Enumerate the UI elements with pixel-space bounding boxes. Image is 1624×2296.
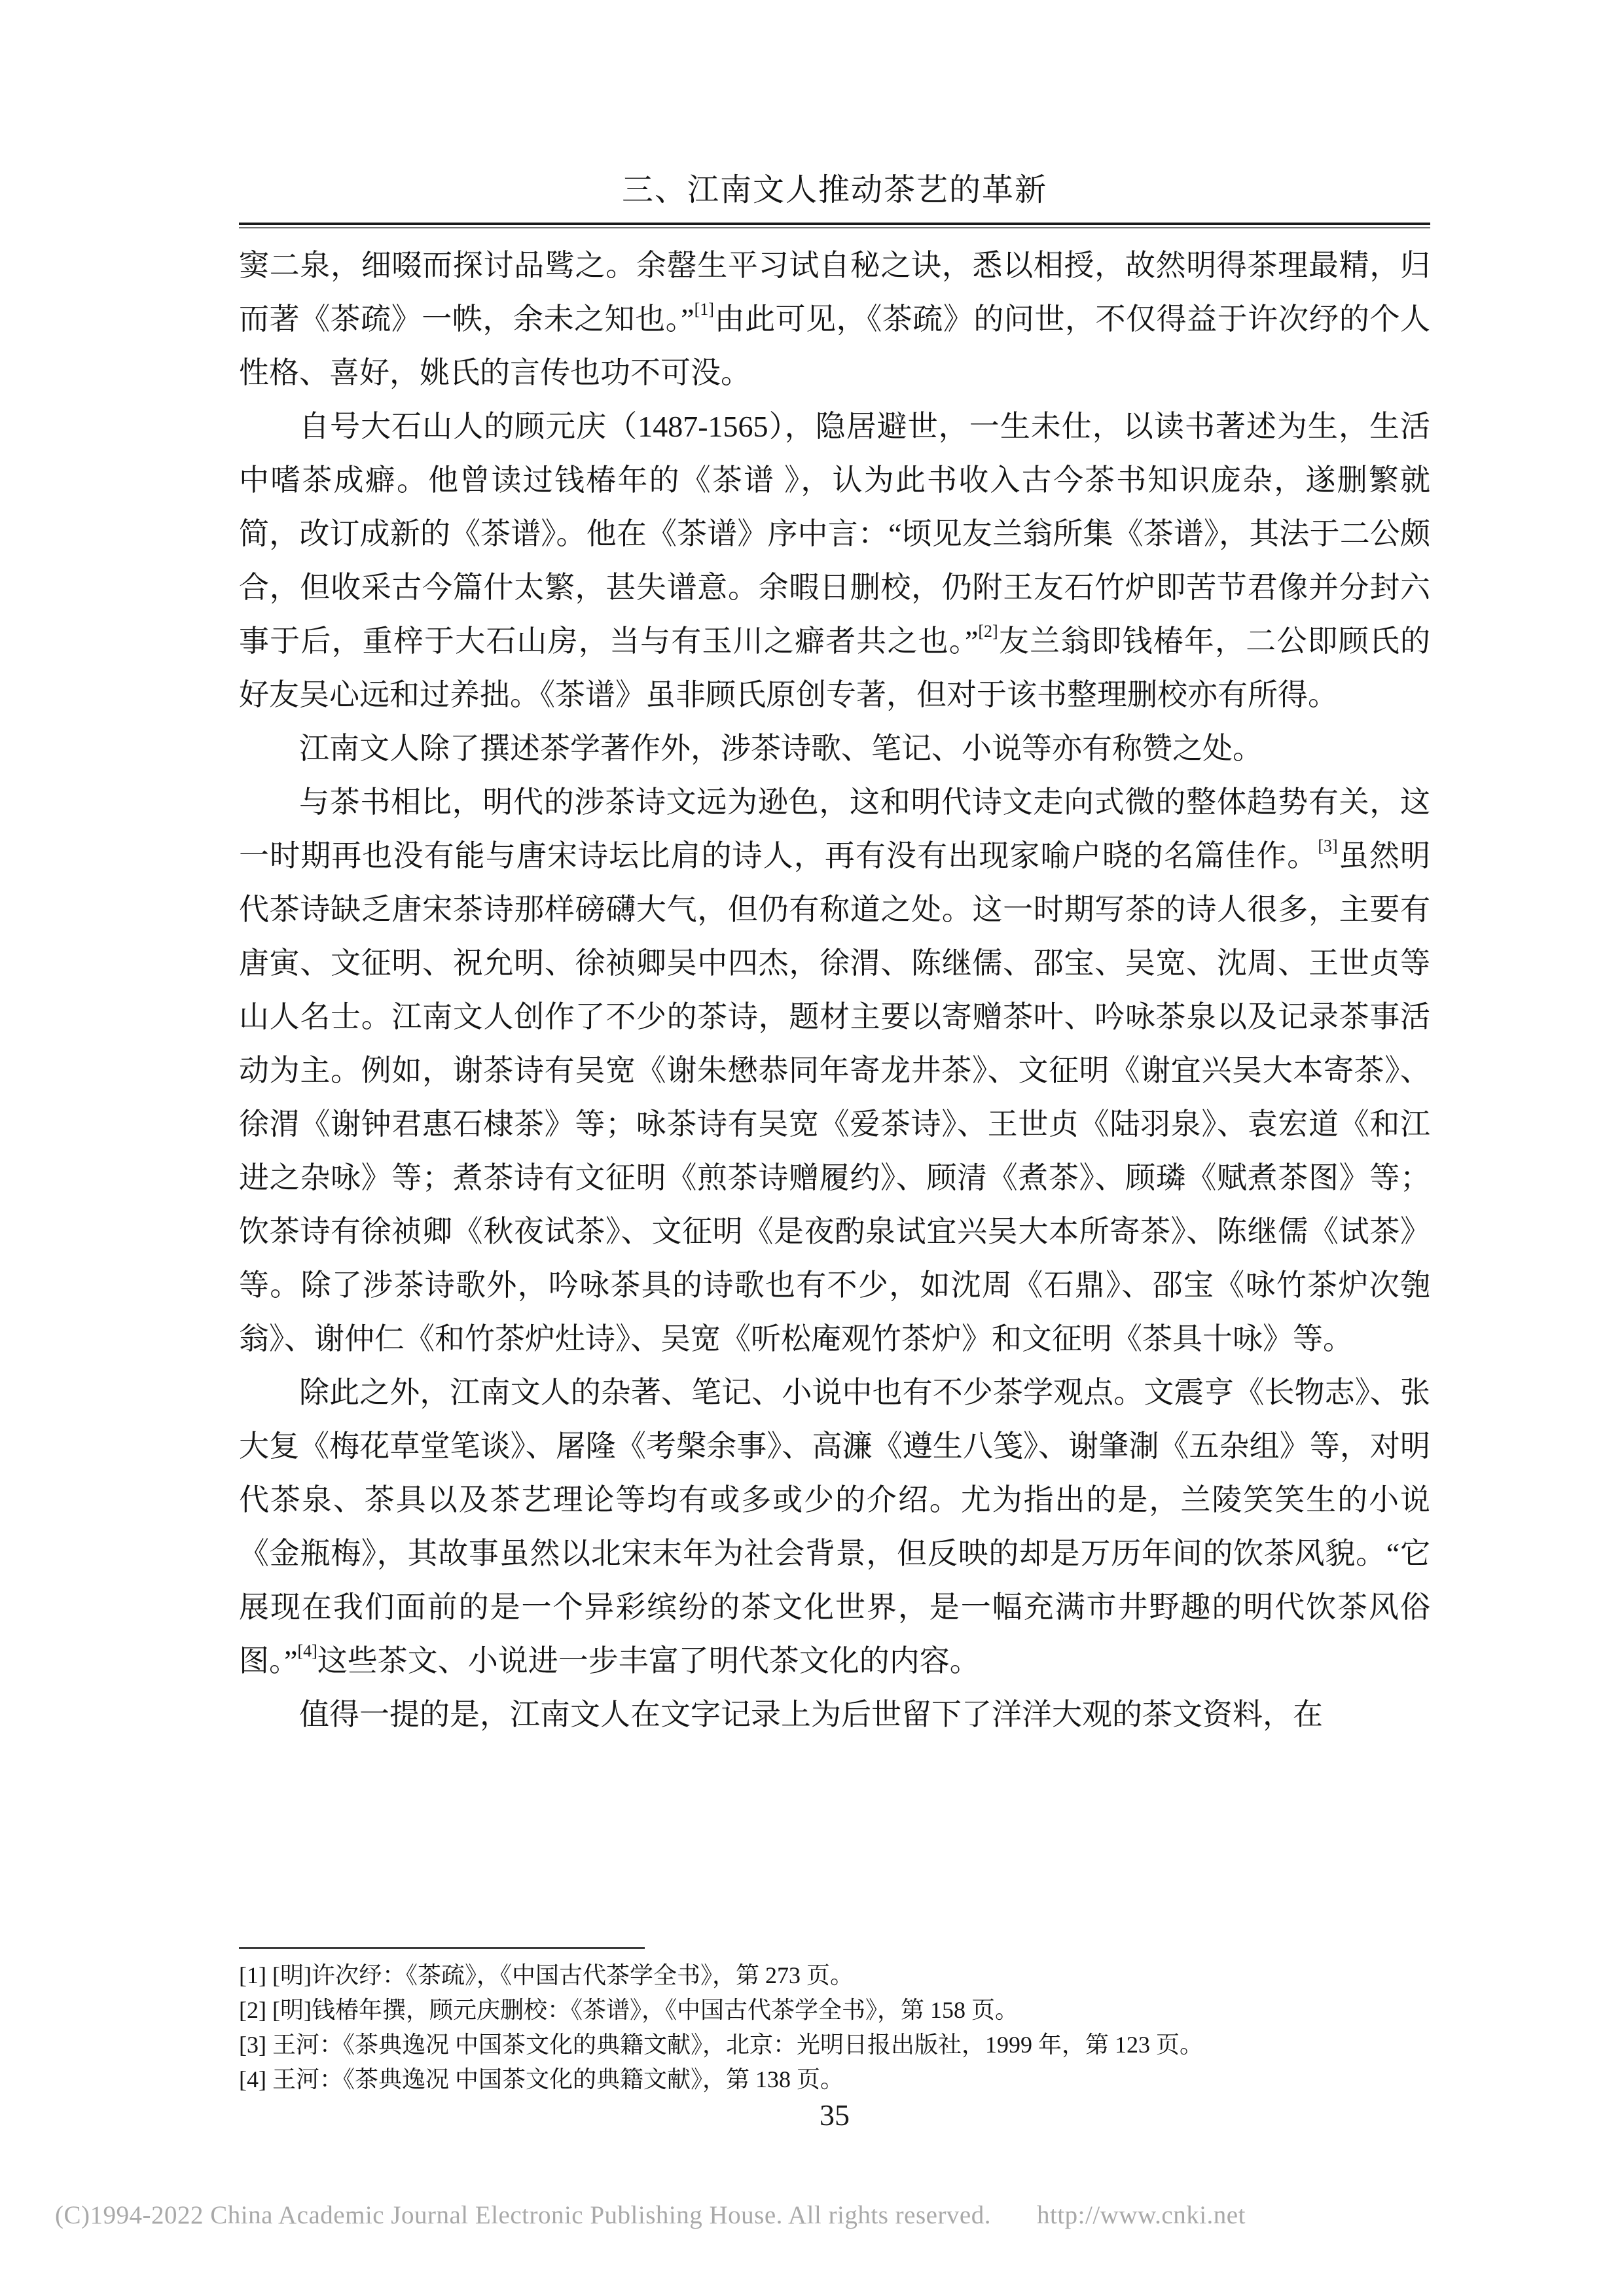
footnote-ref: [4] — [297, 1641, 317, 1660]
body-paragraph: 自号大石山人的顾元庆（1487-1565），隐居避世，一生未仕，以读书著述为生，… — [239, 400, 1430, 722]
body-paragraph: 与茶书相比，明代的涉茶诗文远为逊色，这和明代诗文走向式微的整体趋势有关，这一时期… — [239, 776, 1430, 1366]
body-text: 窦二泉，细啜而探讨品骘之。余罄生平习试自秘之诀，悉以相授，故然明得茶理最精，归而… — [239, 239, 1430, 1742]
paragraph-text: 与茶书相比，明代的涉茶诗文远为逊色，这和明代诗文走向式微的整体趋势有关，这一时期… — [239, 785, 1430, 872]
paragraph-text: 虽然明代茶诗缺乏唐宋茶诗那样磅礴大气，但仍有称道之处。这一时期写茶的诗人很多，主… — [239, 839, 1430, 1355]
paragraph-text: 江南文人除了撰述茶学著作外，涉茶诗歌、笔记、小说等亦有称赞之处。 — [299, 732, 1263, 765]
document-page: 三、江南文人推动茶艺的革新 窦二泉，细啜而探讨品骘之。余罄生平习试自秘之诀，悉以… — [0, 0, 1624, 2296]
section-title: 三、江南文人推动茶艺的革新 — [239, 171, 1430, 209]
body-paragraph: 窦二泉，细啜而探讨品骘之。余罄生平习试自秘之诀，悉以相授，故然明得茶理最精，归而… — [239, 239, 1430, 400]
paragraph-text: 自号大石山人的顾元庆（1487-1565），隐居避世，一生未仕，以读书著述为生，… — [239, 410, 1430, 658]
title-rule — [239, 223, 1430, 228]
footer-url: http://www.cnki.net — [1037, 2201, 1246, 2229]
body-paragraph: 除此之外，江南文人的杂著、笔记、小说中也有不少茶学观点。文震亨《长物志》、张大复… — [239, 1366, 1430, 1688]
main-content: 三、江南文人推动茶艺的革新 窦二泉，细啜而探讨品骘之。余罄生平习试自秘之诀，悉以… — [239, 171, 1430, 1742]
footnotes: [1] [明]许次纾：《茶疏》，《中国古代茶学全书》，第 273 页。[2] [… — [239, 1958, 1430, 2097]
footnote-item: [4] 王河：《茶典逸况 中国茶文化的典籍文献》，第 138 页。 — [239, 2062, 1430, 2097]
paragraph-text: 除此之外，江南文人的杂著、笔记、小说中也有不少茶学观点。文震亨《长物志》、张大复… — [239, 1376, 1430, 1677]
footer-copyright: (C)1994-2022 China Academic Journal Elec… — [55, 2201, 991, 2229]
body-paragraph: 江南文人除了撰述茶学著作外，涉茶诗歌、笔记、小说等亦有称赞之处。 — [239, 722, 1430, 776]
footnote-ref: [2] — [978, 622, 998, 641]
footnote-item: [2] [明]钱椿年撰，顾元庆删校：《茶谱》，《中国古代茶学全书》，第 158 … — [239, 1993, 1430, 2028]
scan-footer: (C)1994-2022 China Academic Journal Elec… — [55, 2200, 1587, 2230]
footnote-item: [3] 王河：《茶典逸况 中国茶文化的典籍文献》，北京：光明日报出版社，1999… — [239, 2028, 1430, 2062]
page-number: 35 — [239, 2098, 1430, 2132]
footnote-ref: [3] — [1318, 836, 1337, 855]
footnote-item: [1] [明]许次纾：《茶疏》，《中国古代茶学全书》，第 273 页。 — [239, 1958, 1430, 1993]
footnote-separator — [239, 1947, 645, 1949]
footnote-ref: [1] — [695, 300, 714, 319]
paragraph-text: 这些茶文、小说进一步丰富了明代茶文化的内容。 — [317, 1644, 980, 1677]
paragraph-text: 值得一提的是，江南文人在文字记录上为后世留下了洋洋大观的茶文资料，在 — [299, 1698, 1323, 1731]
footnote-block: [1] [明]许次纾：《茶疏》，《中国古代茶学全书》，第 273 页。[2] [… — [239, 1947, 1430, 2097]
body-paragraph: 值得一提的是，江南文人在文字记录上为后世留下了洋洋大观的茶文资料，在 — [239, 1688, 1430, 1742]
